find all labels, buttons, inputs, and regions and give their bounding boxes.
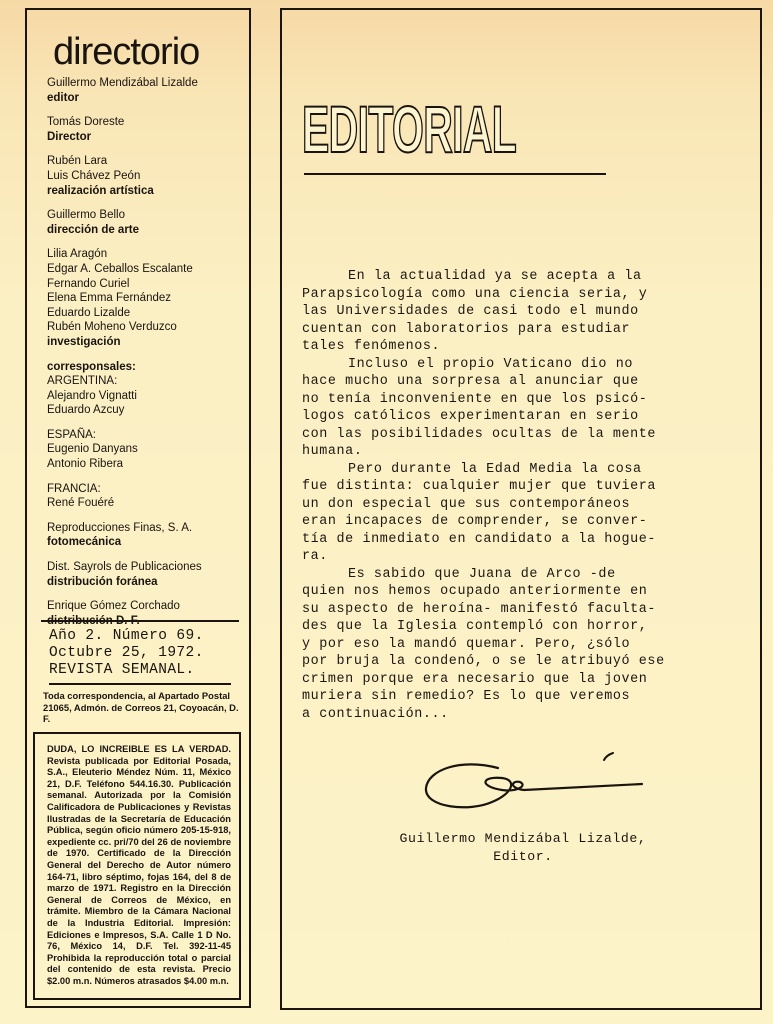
editorial-paragraph: Pero durante la Edad Media la cosa fue d… <box>302 461 758 566</box>
directory-entry: ESPAÑA:Eugenio DanyansAntonio Ribera <box>47 428 247 472</box>
correspondence-note: Toda correspondencia, al Apartado Postal… <box>41 685 239 725</box>
directory-entry: Reproducciones Finas, S. A.fotomecánica <box>47 521 247 550</box>
directory-name: Edgar A. Ceballos Escalante <box>47 262 247 277</box>
editorial-body: En la actualidad ya se acepta a la Parap… <box>302 268 758 723</box>
directory-column: directorio Guillermo Mendizábal Lizaldee… <box>25 8 251 1008</box>
title-underline <box>304 173 606 175</box>
directory-name: Tomás Doreste <box>47 115 247 130</box>
issue-date: Octubre 25, 1972. <box>49 645 239 662</box>
directory-entry: Guillermo Mendizábal Lizaldeeditor <box>47 76 247 105</box>
directory-name: Rubén Moheno Verduzco <box>47 320 247 335</box>
directory-name: ESPAÑA: <box>47 428 247 443</box>
directory-name: Luis Chávez Peón <box>47 169 247 184</box>
directory-name: Eugenio Danyans <box>47 442 247 457</box>
directory-name: FRANCIA: <box>47 482 247 497</box>
issue-number: Año 2. Número 69. <box>49 628 239 645</box>
signature-name: Guillermo Mendizábal Lizalde, <box>282 830 764 848</box>
directory-role: Director <box>47 130 247 145</box>
directory-entry: corresponsales:ARGENTINA:Alejandro Vigna… <box>47 360 247 418</box>
directory-entry: Rubén LaraLuis Chávez Peónrealización ar… <box>47 154 247 198</box>
signature-caption: Guillermo Mendizábal Lizalde, Editor. <box>282 830 764 866</box>
directory-role: editor <box>47 91 247 106</box>
directory-role: distribución foránea <box>47 575 247 590</box>
directory-name: Reproducciones Finas, S. A. <box>47 521 247 536</box>
signature-role: Editor. <box>282 848 764 866</box>
directory-entry: FRANCIA:René Fouéré <box>47 482 247 511</box>
directory-name: Dist. Sayrols de Publicaciones <box>47 560 247 575</box>
directory-entry: Guillermo Bellodirección de arte <box>47 208 247 237</box>
directory-role: fotomecánica <box>47 535 247 550</box>
editorial-paragraph: En la actualidad ya se acepta a la Parap… <box>302 268 758 356</box>
directory-name: ARGENTINA: <box>47 374 247 389</box>
directory-title: directorio <box>53 32 199 72</box>
directory-name: Alejandro Vignatti <box>47 389 247 404</box>
directory-name: Guillermo Bello <box>47 208 247 223</box>
directory-name: Antonio Ribera <box>47 457 247 472</box>
editorial-paragraph: Incluso el propio Vaticano dio no hace m… <box>302 356 758 461</box>
directory-name: Guillermo Mendizábal Lizalde <box>47 76 247 91</box>
signature-icon <box>420 750 650 820</box>
issue-info: Año 2. Número 69. Octubre 25, 1972. REVI… <box>41 620 239 725</box>
directory-role: realización artística <box>47 184 247 199</box>
directory-name: Rubén Lara <box>47 154 247 169</box>
directory-entry: Dist. Sayrols de Publicacionesdistribuci… <box>47 560 247 589</box>
legal-notice: DUDA, LO INCREIBLE ES LA VERDAD. Revista… <box>33 732 241 1000</box>
directory-name: Eduardo Lizalde <box>47 306 247 321</box>
directory-entry: Lilia AragónEdgar A. Ceballos EscalanteF… <box>47 247 247 349</box>
directory-name: Lilia Aragón <box>47 247 247 262</box>
issue-frequency: REVISTA SEMANAL. <box>49 662 239 679</box>
directory-name: Enrique Gómez Corchado <box>47 599 247 614</box>
directory-name: Eduardo Azcuy <box>47 403 247 418</box>
editorial-column: EDITORIAL En la actualidad ya se acepta … <box>280 8 762 1010</box>
directory-role: corresponsales: <box>47 360 247 375</box>
directory-name: Fernando Curiel <box>47 277 247 292</box>
directory-role: dirección de arte <box>47 223 247 238</box>
directory-name: Elena Emma Fernández <box>47 291 247 306</box>
editorial-title: EDITORIAL <box>302 94 516 164</box>
directory-name: René Fouéré <box>47 496 247 511</box>
directory-role: investigación <box>47 335 247 350</box>
editorial-paragraph: Es sabido que Juana de Arco -de quien no… <box>302 566 758 724</box>
directory-list: Guillermo Mendizábal LizaldeeditorTomás … <box>47 76 247 638</box>
directory-entry: Tomás DoresteDirector <box>47 115 247 144</box>
